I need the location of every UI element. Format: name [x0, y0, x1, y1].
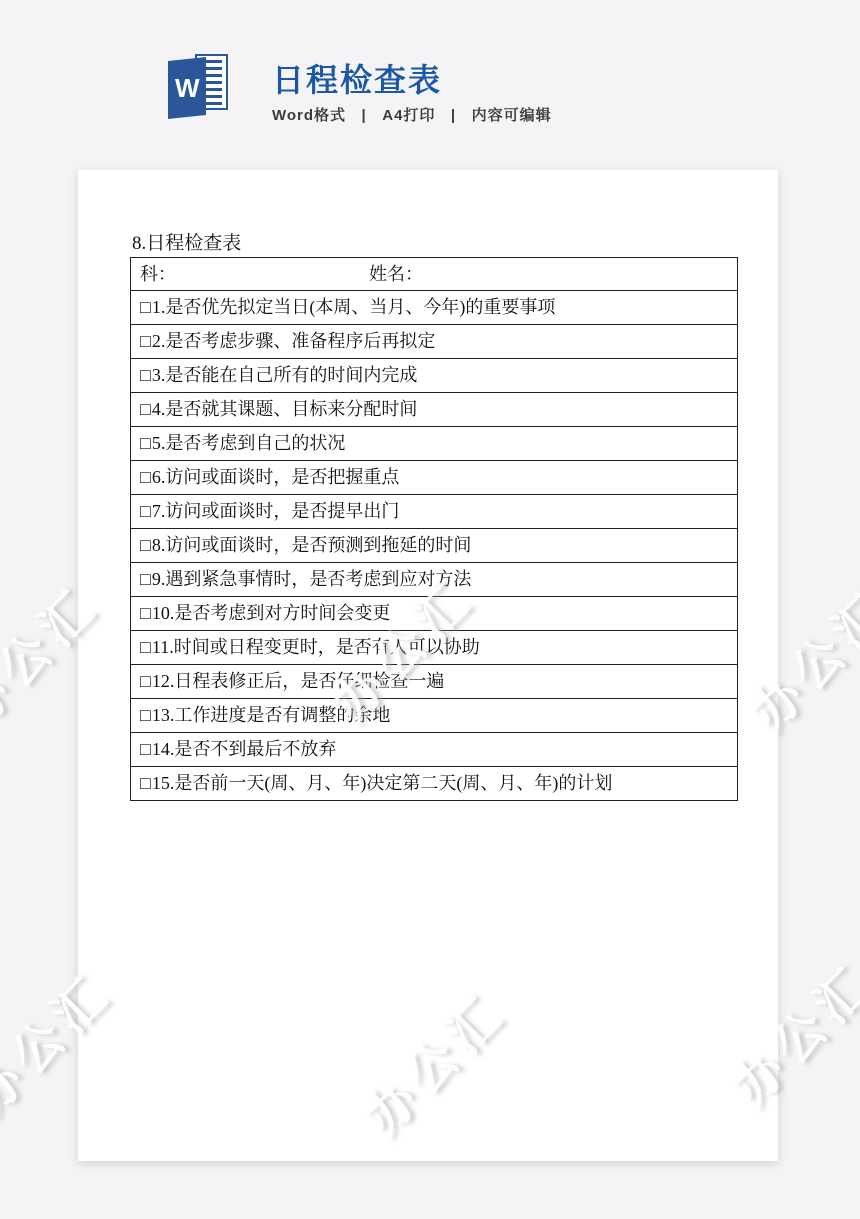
checkbox-icon: □ [140, 297, 151, 317]
document-page: 8.日程检查表 科： 姓名： □1.是否优先拟定当日(本周、当月、今年)的重要事… [78, 170, 778, 1161]
checkbox-icon: □ [140, 365, 151, 385]
word-icon-letter: W [175, 73, 200, 104]
checklist-rows: □1.是否优先拟定当日(本周、当月、今年)的重要事项□2.是否考虑步骤、准备程序… [131, 290, 737, 800]
table-header-row: 科： 姓名： [131, 258, 737, 290]
checklist-item-label: 11.时间或日程变更时，是否有人可以协助 [152, 637, 480, 657]
checklist-row: □11.时间或日程变更时，是否有人可以协助 [131, 630, 737, 664]
checklist-row: □7.访问或面谈时，是否提早出门 [131, 494, 737, 528]
checklist-item-label: 3.是否能在自己所有的时间内完成 [152, 365, 418, 385]
checklist-row: □5.是否考虑到自己的状况 [131, 426, 737, 460]
dept-label: 科： [140, 264, 176, 284]
page-header: W 日程检查表 Word格式 | A4打印 | 内容可编辑 [0, 0, 860, 150]
checkbox-icon: □ [140, 467, 151, 487]
checklist-item-label: 13.工作进度是否有调整的余地 [152, 705, 391, 725]
checklist-row: □3.是否能在自己所有的时间内完成 [131, 358, 737, 392]
checklist-row: □10.是否考虑到对方时间会变更 [131, 596, 737, 630]
checklist-item-label: 15.是否前一天(周、月、年)决定第二天(周、月、年)的计划 [152, 773, 612, 793]
checklist-item-label: 14.是否不到最后不放弃 [152, 739, 337, 759]
checkbox-icon: □ [140, 433, 151, 453]
checkbox-icon: □ [140, 773, 151, 793]
checklist-item-label: 9.遇到紧急事情时，是否考虑到应对方法 [152, 569, 472, 589]
checklist-row: □12.日程表修正后，是否仔细检查一遍 [131, 664, 737, 698]
checklist-item-label: 6.访问或面谈时，是否把握重点 [152, 467, 400, 487]
checklist-row: □13.工作进度是否有调整的余地 [131, 698, 737, 732]
checklist-row: □15.是否前一天(周、月、年)决定第二天(周、月、年)的计划 [131, 766, 737, 800]
checklist-item-label: 12.日程表修正后，是否仔细检查一遍 [152, 671, 445, 691]
checkbox-icon: □ [140, 501, 151, 521]
checkbox-icon: □ [140, 671, 151, 691]
checkbox-icon: □ [140, 331, 151, 351]
checklist-row: □14.是否不到最后不放弃 [131, 732, 737, 766]
checkbox-icon: □ [140, 705, 151, 725]
word-file-icon: W [168, 52, 232, 122]
template-title: 日程检查表 [272, 55, 442, 101]
template-subtitle: Word格式 | A4打印 | 内容可编辑 [272, 104, 552, 125]
checklist-row: □4.是否就其课题、目标来分配时间 [131, 392, 737, 426]
checklist-row: □6.访问或面谈时，是否把握重点 [131, 460, 737, 494]
checkbox-icon: □ [140, 603, 151, 623]
checkbox-icon: □ [140, 399, 151, 419]
checklist-item-label: 7.访问或面谈时，是否提早出门 [152, 501, 400, 521]
checklist-row: □1.是否优先拟定当日(本周、当月、今年)的重要事项 [131, 290, 737, 324]
word-icon-w-panel: W [168, 57, 206, 119]
checkbox-icon: □ [140, 535, 151, 555]
checklist-table: 科： 姓名： □1.是否优先拟定当日(本周、当月、今年)的重要事项□2.是否考虑… [130, 257, 738, 801]
checklist-item-label: 10.是否考虑到对方时间会变更 [152, 603, 391, 623]
checklist-item-label: 4.是否就其课题、目标来分配时间 [152, 399, 418, 419]
checklist-item-label: 1.是否优先拟定当日(本周、当月、今年)的重要事项 [152, 297, 556, 317]
checklist-item-label: 5.是否考虑到自己的状况 [152, 433, 346, 453]
checklist-item-label: 2.是否考虑步骤、准备程序后再拟定 [152, 331, 436, 351]
checklist-row: □9.遇到紧急事情时，是否考虑到应对方法 [131, 562, 737, 596]
checkbox-icon: □ [140, 569, 151, 589]
checkbox-icon: □ [140, 637, 151, 657]
checklist-item-label: 8.访问或面谈时，是否预测到拖延的时间 [152, 535, 472, 555]
name-label: 姓名： [369, 258, 423, 290]
document-heading: 8.日程检查表 [132, 228, 241, 255]
checklist-row: □8.访问或面谈时，是否预测到拖延的时间 [131, 528, 737, 562]
checklist-row: □2.是否考虑步骤、准备程序后再拟定 [131, 324, 737, 358]
checkbox-icon: □ [140, 739, 151, 759]
